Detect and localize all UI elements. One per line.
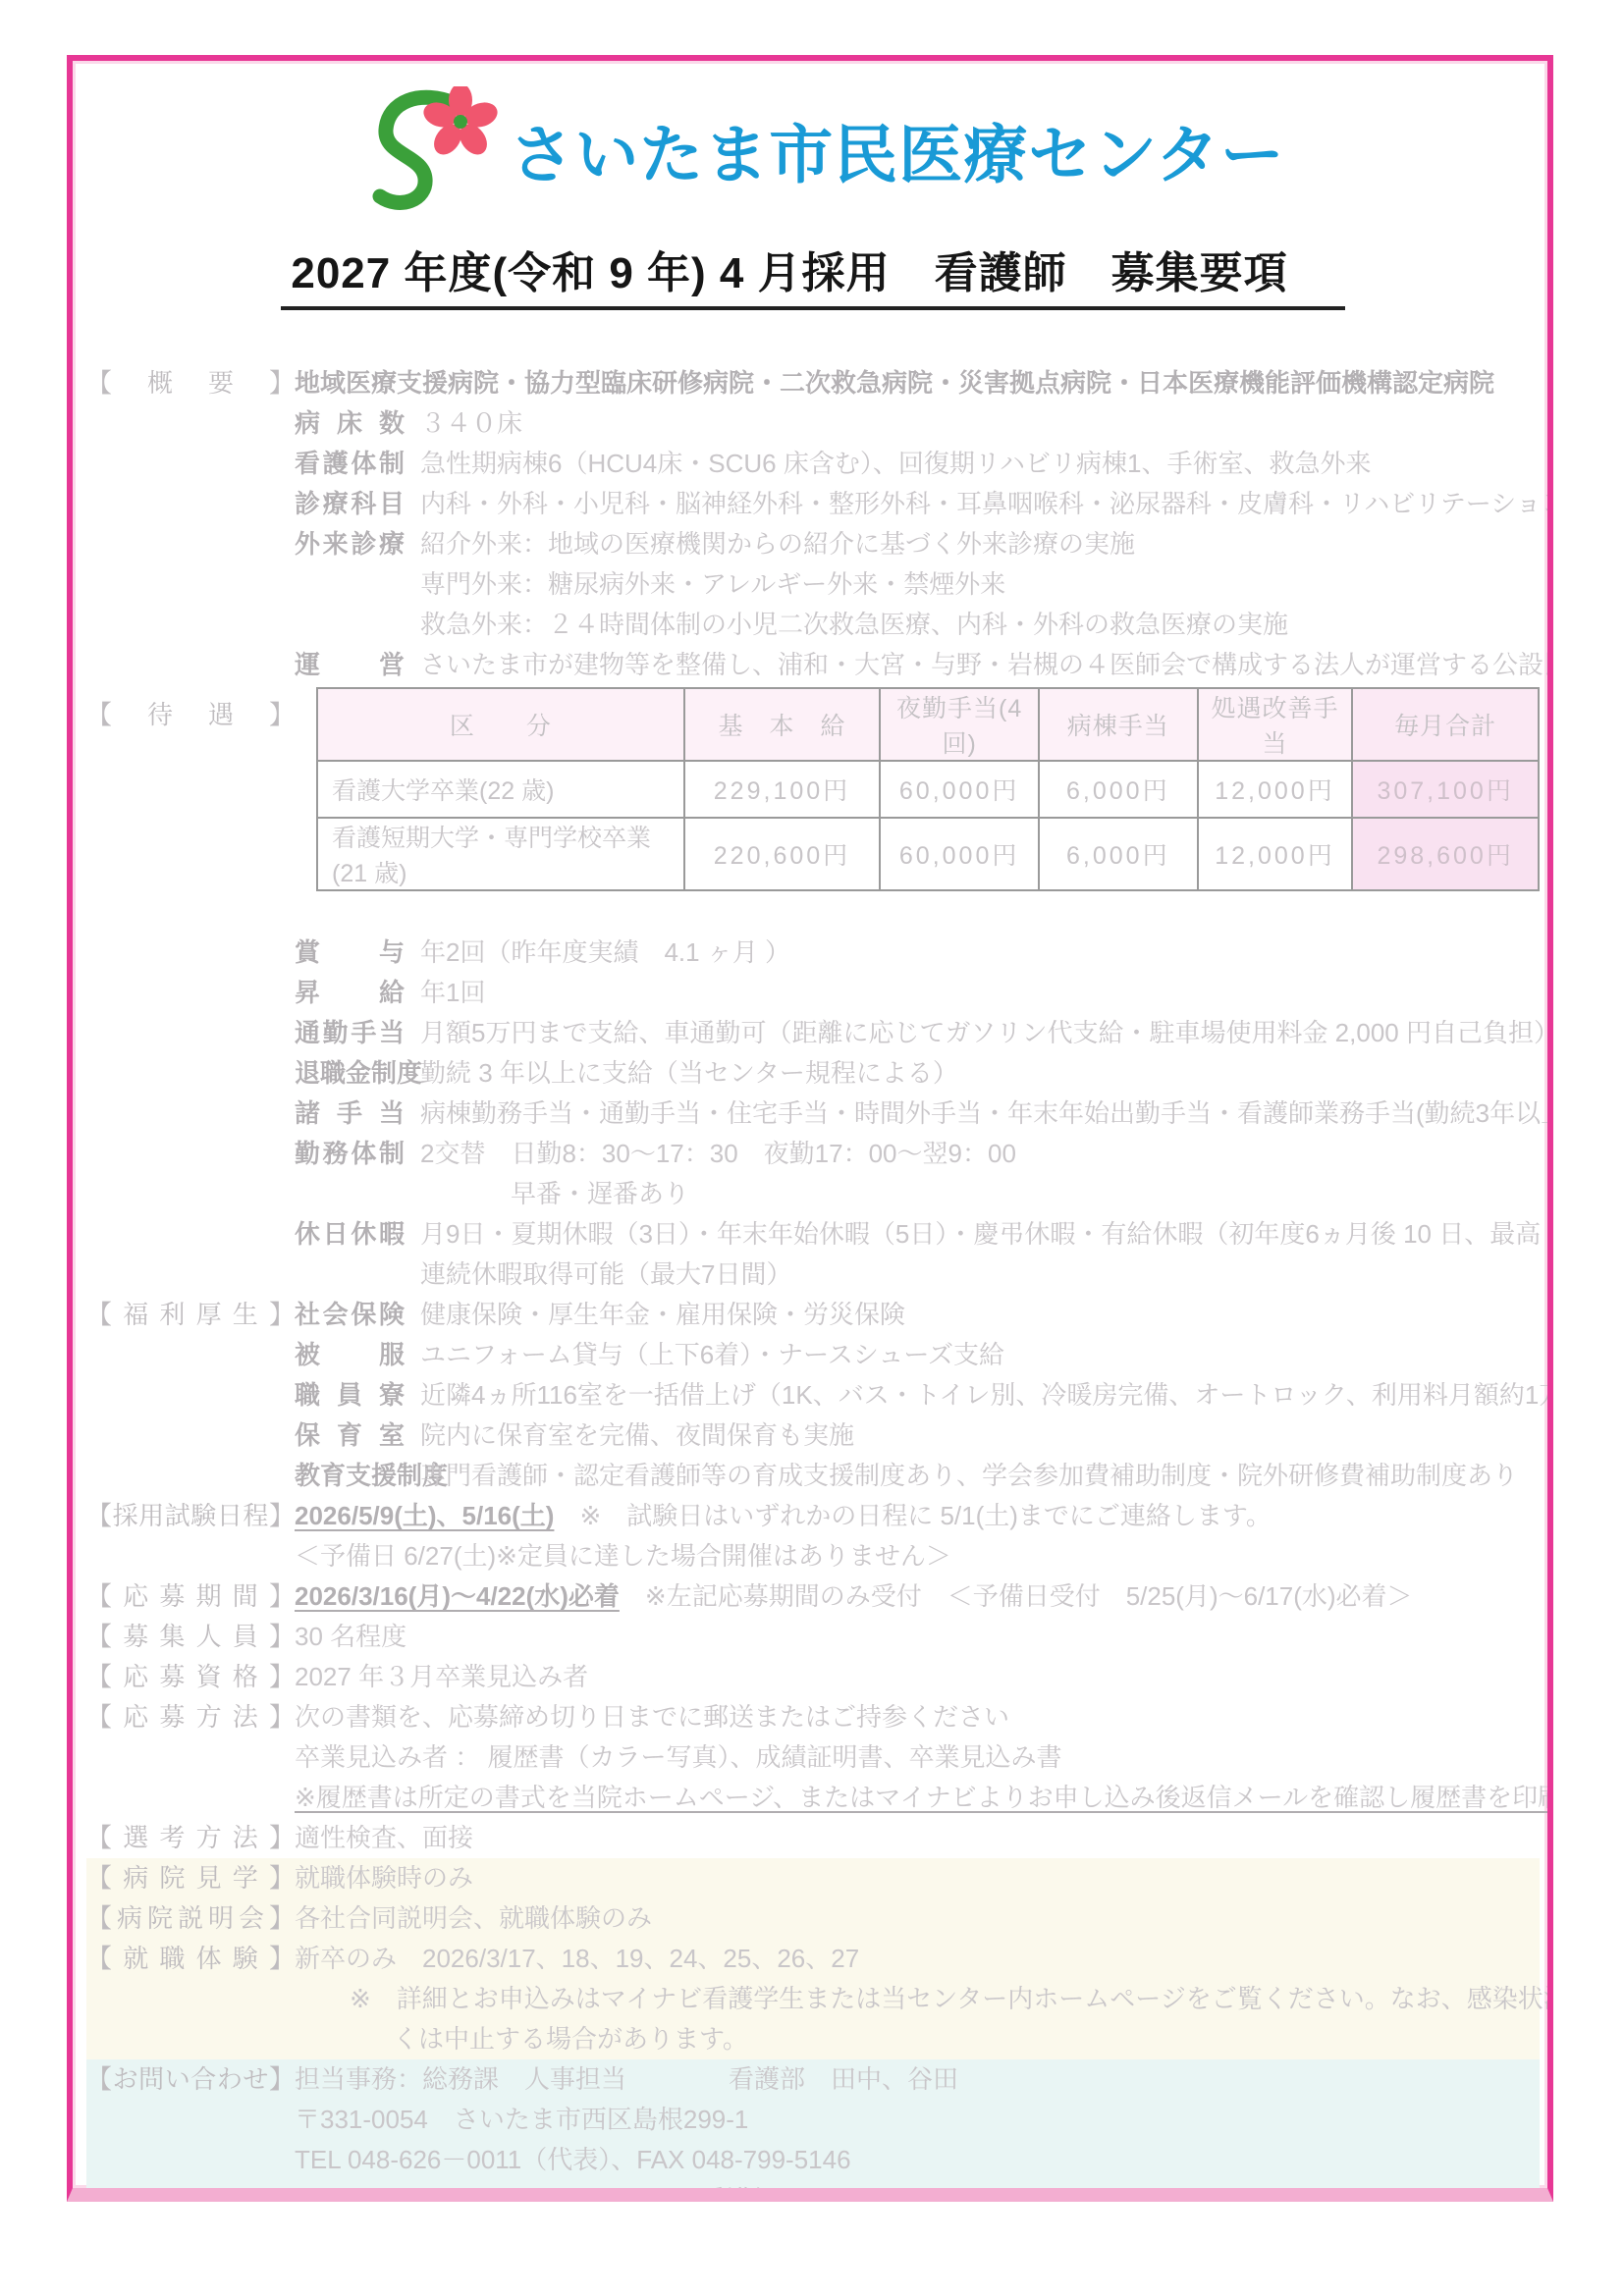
salary-table: 区 分基 本 給夜勤手当(4回)病棟手当処遇改善手当毎月合計 看護大学卒業(22… (316, 687, 1540, 891)
field-value: 2026/3/16(月)～4/22(水)必着 ※左記応募期間のみ受付 ＜予備日受… (295, 1576, 1413, 1617)
document-row: 【概要】地域医療支援病院・協力型臨床研修病院・二次救急病院・災害拠点病院・日本医… (86, 363, 1540, 403)
field-value: 適性検査、面接 (295, 1818, 473, 1858)
document-row: 勤務体制2交替 日勤8：30～17：30 夜勤17：00～翌9：00 (86, 1134, 1540, 1174)
field-value: さいたま市が建物等を整備し、浦和・大宮・与野・岩槻の４医師会で構成する法人が運営… (420, 645, 1553, 685)
field-name: 昇給 (295, 973, 405, 1013)
section-label: 【採用試験日程】 (86, 1496, 295, 1536)
field-value: 地域医療支援病院・協力型臨床研修病院・二次救急病院・災害拠点病院・日本医療機能評… (295, 363, 1494, 403)
field-value: ＜予備日 6/27(土)※定員に達した場合開催はありません＞ (295, 1536, 951, 1576)
salary-cell: 看護短期大学・専門学校卒業(21 歳) (317, 818, 684, 890)
field-value: URL： http://www.scmc.or.jp 看護部アドレス：kango… (295, 2180, 1114, 2202)
visit-section: 【病院見学】就職体験時のみ【病院説明会】各社合同説明会、就職体験のみ【就職体験】… (86, 1858, 1540, 2059)
field-value: 新卒のみ 2026/3/17、18、19、24、25、26、27 (295, 1939, 859, 1979)
document-row: 運営さいたま市が建物等を整備し、浦和・大宮・与野・岩槻の４医師会で構成する法人が… (86, 645, 1540, 685)
org-name: さいたま市民医療センター (510, 103, 1284, 195)
document-row: ※履歴書は所定の書式を当院ホームページ、またはマイナビよりお申し込み後返信メール… (86, 1778, 1540, 1818)
field-name: 勤務体制 (295, 1134, 405, 1174)
salary-col-header: 区 分 (317, 688, 684, 761)
salary-table-header-row: 区 分基 本 給夜勤手当(4回)病棟手当処遇改善手当毎月合計 (317, 688, 1539, 761)
field-name: 保育室 (295, 1415, 405, 1456)
salary-col-header: 夜勤手当(4回) (880, 688, 1039, 761)
document-row: 退職金制度勤続 3 年以上に支給（当センター規程による） (86, 1053, 1540, 1094)
field-name: 職員寮 (295, 1375, 405, 1415)
field-name: 被服 (295, 1335, 405, 1375)
document-row: 早番・遅番あり (86, 1174, 1540, 1214)
title-wrap: 2027 年度(令和 9 年) 4 月採用 看護師 募集要項 (86, 238, 1540, 310)
field-value: 月額5万円まで支給、車通勤可（距離に応じてガソリン代支給・駐車場使用料金 2,0… (420, 1013, 1553, 1053)
field-name: 病床数 (295, 403, 405, 444)
field-value: 早番・遅番あり (511, 1174, 689, 1214)
field-value: 〒331‐0054 さいたま市西区島根299‐1 (295, 2100, 748, 2140)
field-name: 外来診療 (295, 524, 405, 564)
document-row: 看護体制急性期病棟6（HCU4床・SCU6 床含む）、回復期リハビリ病棟1、手術… (86, 444, 1540, 484)
document-row: 昇給年1回 (86, 973, 1540, 1013)
document-row: 【就職体験】新卒のみ 2026/3/17、18、19、24、25、26、27 (86, 1939, 1540, 1979)
field-value: 救急外来：２４時間体制の小児二次救急医療、内科・外科の救急医療の実施 (420, 605, 1288, 645)
document-row: 【病院見学】就職体験時のみ (86, 1858, 1540, 1898)
field-value: 就職体験時のみ (295, 1858, 473, 1898)
flower-vine-logo-icon (341, 86, 506, 212)
document-row: 連続休暇取得可能（最大7日間） (86, 1255, 1540, 1295)
document-row: 外来診療紹介外来：地域の医療機関からの紹介に基づく外来診療の実施 (86, 524, 1540, 564)
field-value: ユニフォーム貸与（上下6着）・ナースシューズ支給 (420, 1335, 1004, 1375)
section-label: 【概要】 (86, 363, 295, 403)
field-value: 勤続 3 年以上に支給（当センター規程による） (420, 1053, 958, 1094)
field-value: 専門外来：糖尿病外来・アレルギー外来・禁煙外来 (420, 564, 1005, 605)
recruitment-flyer-page: { "colors":{ "border":"#e73795","border_… (0, 0, 1624, 2296)
field-value: 年2回（昨年度実績 4.1 ヶ月 ） (420, 933, 790, 973)
section-label: 【選考方法】 (86, 1818, 295, 1858)
field-name: 診療科目 (295, 484, 405, 524)
field-value: 内科・外科・小児科・脳神経外科・整形外科・耳鼻咽喉科・泌尿器科・皮膚科・リハビリ… (420, 484, 1553, 524)
document-row: 【選考方法】適性検査、面接 (86, 1818, 1540, 1858)
benefits-section: 賞与年2回（昨年度実績 4.1 ヶ月 ）昇給年1回通勤手当月額5万円まで支給、車… (86, 933, 1540, 1858)
field-value: 急性期病棟6（HCU4床・SCU6 床含む）、回復期リハビリ病棟1、手術室、救急… (420, 444, 1372, 484)
section-label: 【福利厚生】 (86, 1295, 295, 1335)
field-value: 担当事務：総務課 人事担当 看護部 田中、谷田 (295, 2059, 958, 2100)
field-name: 休日休暇 (295, 1214, 405, 1255)
salary-cell: 看護大学卒業(22 歳) (317, 761, 684, 818)
section-label: 【応募期間】 (86, 1576, 295, 1617)
document-row: 賞与年2回（昨年度実績 4.1 ヶ月 ） (86, 933, 1540, 973)
document-content: さいたま市民医療センター 2027 年度(令和 9 年) 4 月採用 看護師 募… (73, 86, 1547, 2202)
salary-cell: 12,000円 (1198, 761, 1353, 818)
field-value: ３４０床 (420, 403, 522, 444)
field-name: 社会保険 (295, 1295, 405, 1335)
salary-section: 【待遇】 区 分基 本 給夜勤手当(4回)病棟手当処遇改善手当毎月合計 看護大学… (86, 687, 1540, 891)
document-row: 諸手当病棟勤務手当・通勤手当・住宅手当・時間外手当・年末年始出勤手当・看護師業務… (86, 1094, 1540, 1134)
overview-section: 【概要】地域医療支援病院・協力型臨床研修病院・二次救急病院・災害拠点病院・日本医… (86, 363, 1540, 685)
salary-cell: 220,600円 (684, 818, 881, 890)
document-row: 【お問い合わせ】担当事務：総務課 人事担当 看護部 田中、谷田 (86, 2059, 1540, 2100)
document-row: 〒331‐0054 さいたま市西区島根299‐1 (86, 2100, 1540, 2140)
field-name: 教育支援制度 (295, 1456, 405, 1496)
field-value: 専門看護師・認定看護師等の育成支援制度あり、学会参加費補助制度・院外研修費補助制… (420, 1456, 1518, 1496)
document-row: 【応募方法】次の書類を、応募締め切り日までに郵送またはご持参ください (86, 1697, 1540, 1737)
document-row: URL： http://www.scmc.or.jp 看護部アドレス：kango… (86, 2180, 1540, 2202)
field-value: 30 名程度 (295, 1617, 406, 1657)
document-row: 職員寮近隣4ヵ所116室を一括借上げ（1K、バス・トイレ別、冷暖房完備、オートロ… (86, 1375, 1540, 1415)
salary-col-header: 基 本 給 (684, 688, 881, 761)
section-label: 【募集人員】 (86, 1617, 295, 1657)
document-row: 【採用試験日程】2026/5/9(土)、5/16(土) ※ 試験日はいずれかの日… (86, 1496, 1540, 1536)
document-row: 【福利厚生】社会保険健康保険・厚生年金・雇用保険・労災保険 (86, 1295, 1540, 1335)
field-value: 年1回 (420, 973, 485, 1013)
field-name: 退職金制度 (295, 1053, 405, 1094)
salary-cell: 307,100円 (1352, 761, 1539, 818)
field-value: 2027 年３月卒業見込み者 (295, 1657, 588, 1697)
field-name: 諸手当 (295, 1094, 405, 1134)
document-row: 救急外来：２４時間体制の小児二次救急医療、内科・外科の救急医療の実施 (86, 605, 1540, 645)
section-label: 【病院見学】 (86, 1858, 295, 1898)
document-row: 病床数３４０床 (86, 403, 1540, 444)
document-row: ＜予備日 6/27(土)※定員に達した場合開催はありません＞ (86, 1536, 1540, 1576)
section-label: 【応募資格】 (86, 1657, 295, 1697)
field-value: 各社合同説明会、就職体験のみ (295, 1898, 652, 1939)
document-row: 休日休暇月9日・夏期休暇（3日）・年末年始休暇（5日）・慶弔休暇・有給休暇（初年… (86, 1214, 1540, 1255)
salary-col-header: 毎月合計 (1352, 688, 1539, 761)
field-value: 2交替 日勤8：30～17：30 夜勤17：00～翌9：00 (420, 1134, 1016, 1174)
document-row: くは中止する場合があります。 (86, 2019, 1540, 2059)
salary-col-header: 処遇改善手当 (1198, 688, 1353, 761)
salary-cell: 6,000円 (1039, 818, 1198, 890)
salary-cell: 12,000円 (1198, 818, 1353, 890)
salary-row: 看護大学卒業(22 歳)229,100円60,000円6,000円12,000円… (317, 761, 1539, 818)
field-value: 健康保険・厚生年金・雇用保険・労災保険 (420, 1295, 905, 1335)
document-row: 【応募期間】2026/3/16(月)～4/22(水)必着 ※左記応募期間のみ受付… (86, 1576, 1540, 1617)
document-row: 保育室院内に保育室を完備、夜間保育も実施 (86, 1415, 1540, 1456)
salary-cell: 60,000円 (880, 818, 1039, 890)
salary-cell: 6,000円 (1039, 761, 1198, 818)
document-row: 教育支援制度専門看護師・認定看護師等の育成支援制度あり、学会参加費補助制度・院外… (86, 1456, 1540, 1496)
section-label: 【お問い合わせ】 (86, 2059, 295, 2100)
salary-cell: 298,600円 (1352, 818, 1539, 890)
field-value: 連続休暇取得可能（最大7日間） (420, 1255, 791, 1295)
document-row: ※ 詳細とお申込みはマイナビ看護学生または当センター内ホームページをご覧ください… (86, 1979, 1540, 2019)
document-row: 卒業見込み者 ： 履歴書（カラー写真）、成績証明書、卒業見込み書 (86, 1737, 1540, 1778)
document-row: 【応募資格】2027 年３月卒業見込み者 (86, 1657, 1540, 1697)
field-name: 通勤手当 (295, 1013, 405, 1053)
field-value: 卒業見込み者 ： 履歴書（カラー写真）、成績証明書、卒業見込み書 (295, 1737, 1061, 1778)
field-value: 次の書類を、応募締め切り日までに郵送またはご持参ください (295, 1697, 1009, 1737)
salary-cell: 60,000円 (880, 761, 1039, 818)
field-name: 賞与 (295, 933, 405, 973)
field-value: ※ 詳細とお申込みはマイナビ看護学生または当センター内ホームページをご覧ください… (350, 1979, 1553, 2019)
field-value: 月9日・夏期休暇（3日）・年末年始休暇（5日）・慶弔休暇・有給休暇（初年度6ヵ月… (420, 1214, 1553, 1255)
field-value: 近隣4ヵ所116室を一括借上げ（1K、バス・トイレ別、冷暖房完備、オートロック、… (420, 1375, 1553, 1415)
field-value: 紹介外来：地域の医療機関からの紹介に基づく外来診療の実施 (420, 524, 1135, 564)
document-row: 専門外来：糖尿病外来・アレルギー外来・禁煙外来 (86, 564, 1540, 605)
section-label: 【応募方法】 (86, 1697, 295, 1737)
field-value: 病棟勤務手当・通勤手当・住宅手当・時間外手当・年末年始出勤手当・看護師業務手当(… (420, 1094, 1553, 1134)
salary-cell: 229,100円 (684, 761, 881, 818)
document-row: 被服ユニフォーム貸与（上下6着）・ナースシューズ支給 (86, 1335, 1540, 1375)
document-row: 診療科目内科・外科・小児科・脳神経外科・整形外科・耳鼻咽喉科・泌尿器科・皮膚科・… (86, 484, 1540, 524)
document-row: 【病院説明会】各社合同説明会、就職体験のみ (86, 1898, 1540, 1939)
section-label-taigu: 【待遇】 (86, 695, 295, 731)
section-label: 【病院説明会】 (86, 1898, 295, 1939)
field-value: ※履歴書は所定の書式を当院ホームページ、またはマイナビよりお申し込み後返信メール… (295, 1778, 1553, 1818)
document-row: 【募集人員】30 名程度 (86, 1617, 1540, 1657)
field-value: くは中止する場合があります。 (393, 2019, 748, 2059)
document-row: TEL 048‐626－0011（代表）、FAX 048‐799‐5146 (86, 2140, 1540, 2180)
page-title: 2027 年度(令和 9 年) 4 月採用 看護師 募集要項 (281, 238, 1344, 310)
field-name: 看護体制 (295, 444, 405, 484)
field-value: 院内に保育室を完備、夜間保育も実施 (420, 1415, 854, 1456)
document-row: 通勤手当月額5万円まで支給、車通勤可（距離に応じてガソリン代支給・駐車場使用料金… (86, 1013, 1540, 1053)
salary-col-header: 病棟手当 (1039, 688, 1198, 761)
field-name: 運営 (295, 645, 405, 685)
document-page: さいたま市民医療センター 2027 年度(令和 9 年) 4 月採用 看護師 募… (67, 55, 1553, 2202)
contact-section: 【お問い合わせ】担当事務：総務課 人事担当 看護部 田中、谷田〒331‐0054… (86, 2059, 1540, 2202)
email-link[interactable]: kango@scmc.or.jp (903, 2185, 1113, 2202)
field-value: TEL 048‐626－0011（代表）、FAX 048‐799‐5146 (295, 2140, 851, 2180)
field-value: 2026/5/9(土)、5/16(土) ※ 試験日はいずれかの日程に 5/1(土… (295, 1496, 1272, 1536)
section-label: 【就職体験】 (86, 1939, 295, 1979)
salary-row: 看護短期大学・専門学校卒業(21 歳)220,600円60,000円6,000円… (317, 818, 1539, 890)
brand-header: さいたま市民医療センター (86, 86, 1540, 212)
